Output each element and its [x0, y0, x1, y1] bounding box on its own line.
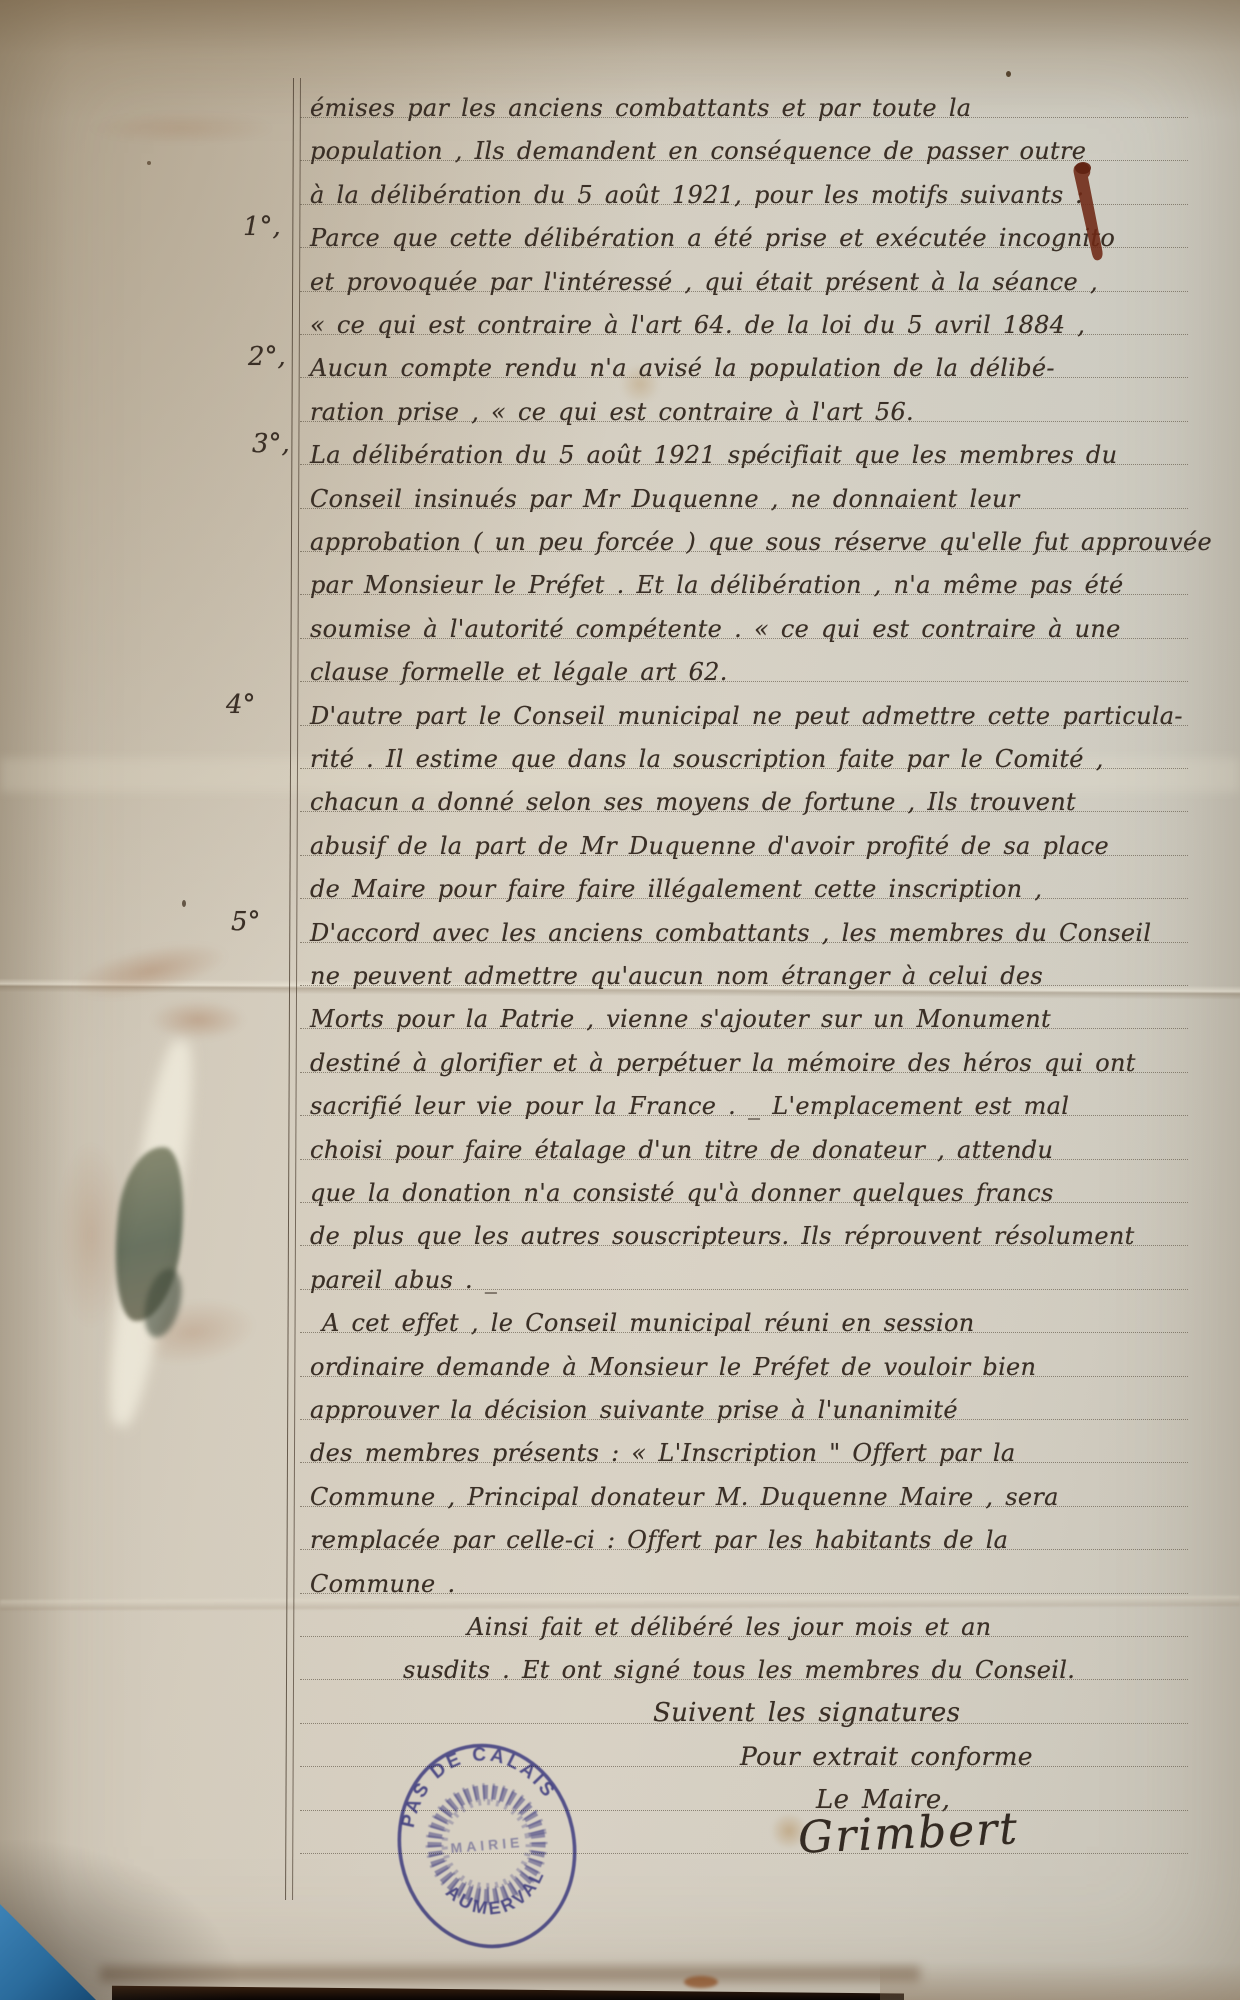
manuscript-line-text: D'accord avec les anciens combattants , …: [310, 921, 1151, 945]
ruled-line: Commune .: [300, 1550, 1188, 1593]
ruled-line: sacrifié leur vie pour la France . _ L'e…: [300, 1073, 1188, 1116]
ruled-line: D'accord avec les anciens combattants , …: [300, 899, 1188, 942]
ruled-line: émises par les anciens combattants et pa…: [300, 75, 1188, 118]
ruled-line: ne peuvent admettre qu'aucun nom étrange…: [300, 943, 1188, 986]
ruled-line: pareil abus . _: [300, 1246, 1188, 1289]
ink-bleedthrough-mark: [150, 1000, 246, 1040]
ruled-line: de plus que les autres souscripteurs. Il…: [300, 1203, 1188, 1246]
ruled-line: soumise à l'autorité compétente . « ce q…: [300, 595, 1188, 638]
manuscript-line-text: à la délibération du 5 août 1921, pour l…: [310, 183, 1084, 207]
manuscript-page: émises par les anciens combattants et pa…: [0, 0, 1240, 2000]
margin-number: 2°,: [248, 344, 286, 370]
ink-bleedthrough-mark: [67, 932, 233, 1010]
ruled-line: et provoquée par l'intéressé , qui était…: [300, 248, 1188, 291]
manuscript-line-text: de Maire pour faire faire illégalement c…: [310, 877, 1042, 901]
manuscript-line-text: Grimbert: [797, 1807, 1020, 1861]
red-ink-mark: [1060, 158, 1120, 268]
manuscript-line-text: des membres présents : « L'Inscription "…: [310, 1441, 1015, 1465]
ruled-line: Ainsi fait et délibéré les jour mois et …: [300, 1594, 1188, 1637]
manuscript-line-text: Parce que cette délibération a été prise…: [310, 226, 1115, 250]
ruled-line: approuver la décision suivante prise à l…: [300, 1377, 1188, 1420]
ruled-line: chacun a donné selon ses moyens de fortu…: [300, 769, 1188, 812]
ruled-line: approbation ( un peu forcée ) que sous r…: [300, 509, 1188, 552]
ruled-line: des membres présents : « L'Inscription "…: [300, 1420, 1188, 1463]
ruled-line: « ce qui est contraire à l'art 64. de la…: [300, 292, 1188, 335]
paper-bottom-shading: [880, 1962, 1240, 2000]
manuscript-line-text: rité . Il estime que dans la souscriptio…: [310, 747, 1104, 771]
margin-number: 4°: [226, 692, 256, 718]
svg-text:PAS DE CALAIS: PAS DE CALAIS: [396, 1740, 562, 1834]
manuscript-line-text: La délibération du 5 août 1921 spécifiai…: [310, 443, 1117, 467]
manuscript-line-text: clause formelle et légale art 62.: [310, 660, 728, 684]
manuscript-line-text: abusif de la part de Mr Duquenne d'avoir…: [310, 834, 1109, 858]
ruled-line: Morts pour la Patrie , vienne s'ajouter …: [300, 986, 1188, 1029]
manuscript-line-text: et provoquée par l'intéressé , qui était…: [310, 270, 1098, 294]
manuscript-line-text: par Monsieur le Préfet . Et la délibérat…: [310, 573, 1124, 597]
manuscript-line-text: Ainsi fait et délibéré les jour mois et …: [467, 1615, 991, 1639]
margin-number: 3°,: [252, 431, 290, 457]
manuscript-line-text: choisi pour faire étalage d'un titre de …: [310, 1138, 1053, 1162]
manuscript-line-text: Aucun compte rendu n'a avisé la populati…: [310, 356, 1055, 380]
rust-stain: [684, 1976, 718, 1988]
ruled-line: abusif de la part de Mr Duquenne d'avoir…: [300, 812, 1188, 855]
manuscript-line-text: Pour extrait conforme: [740, 1744, 1033, 1769]
ruled-line: remplacée par celle-ci : Offert par les …: [300, 1507, 1188, 1550]
ruled-line: par Monsieur le Préfet . Et la délibérat…: [300, 552, 1188, 595]
manuscript-line-text: pareil abus . _: [310, 1268, 497, 1292]
ink-speck: [147, 161, 151, 165]
ruled-line: Commune , Principal donateur M. Duquenne…: [300, 1463, 1188, 1506]
paper-left-shading: [0, 0, 70, 2000]
manuscript-line-text: Commune , Principal donateur M. Duquenne…: [310, 1485, 1059, 1509]
ruled-line: rité . Il estime que dans la souscriptio…: [300, 726, 1188, 769]
ruled-line: de Maire pour faire faire illégalement c…: [300, 856, 1188, 899]
mairie-stamp: PAS DE CALAIS AUMERVAL MAIRIE: [396, 1740, 578, 1952]
manuscript-line-text: A cet effet , le Conseil municipal réuni…: [322, 1311, 975, 1335]
manuscript-line-text: population , Ils demandent en conséquenc…: [310, 139, 1086, 163]
ruled-line: population , Ils demandent en conséquenc…: [300, 118, 1188, 161]
manuscript-line-text: soumise à l'autorité compétente . « ce q…: [310, 617, 1121, 641]
manuscript-line-text: émises par les anciens combattants et pa…: [310, 96, 971, 120]
manuscript-line-text: approbation ( un peu forcée ) que sous r…: [310, 530, 1212, 554]
manuscript-line-text: Conseil insinués par Mr Duquenne , ne do…: [310, 487, 1019, 511]
ruled-line: Aucun compte rendu n'a avisé la populati…: [300, 335, 1188, 378]
ruled-line: destiné à glorifier et à perpétuer la mé…: [300, 1029, 1188, 1072]
ruled-line: ration prise , « ce qui est contraire à …: [300, 378, 1188, 421]
ruled-line: clause formelle et légale art 62.: [300, 639, 1188, 682]
manuscript-line-text: chacun a donné selon ses moyens de fortu…: [310, 790, 1076, 814]
ruled-line: D'autre part le Conseil municipal ne peu…: [300, 682, 1188, 725]
manuscript-line-text: « ce qui est contraire à l'art 64. de la…: [310, 313, 1085, 337]
ruled-line: La délibération du 5 août 1921 spécifiai…: [300, 422, 1188, 465]
manuscript-line-text: susdits . Et ont signé tous les membres …: [403, 1658, 1075, 1682]
stamp-center-text: MAIRIE: [450, 1834, 524, 1856]
manuscript-line-text: ne peuvent admettre qu'aucun nom étrange…: [310, 964, 1043, 988]
ruled-line: que la donation n'a consisté qu'à donner…: [300, 1160, 1188, 1203]
margin-number: 1°,: [243, 214, 281, 240]
ruled-line: ordinaire demande à Monsieur le Préfet d…: [300, 1333, 1188, 1376]
ruled-line: A cet effet , le Conseil municipal réuni…: [300, 1290, 1188, 1333]
ruled-line: Conseil insinués par Mr Duquenne , ne do…: [300, 465, 1188, 508]
ruled-line: Parce que cette délibération a été prise…: [300, 205, 1188, 248]
ruled-line: susdits . Et ont signé tous les membres …: [300, 1637, 1188, 1680]
manuscript-line-text: ration prise , « ce qui est contraire à …: [310, 400, 914, 424]
stamp-top-text: PAS DE CALAIS: [396, 1740, 562, 1834]
manuscript-line-text: que la donation n'a consisté qu'à donner…: [310, 1181, 1054, 1205]
manuscript-line-text: Commune .: [310, 1572, 455, 1596]
manuscript-line-text: approuver la décision suivante prise à l…: [310, 1398, 958, 1422]
manuscript-line-text: destiné à glorifier et à perpétuer la mé…: [310, 1051, 1136, 1075]
margin-number: 5°: [231, 909, 261, 935]
manuscript-line-text: D'autre part le Conseil municipal ne peu…: [310, 704, 1183, 728]
ink-speck: [182, 900, 186, 907]
ruled-line: choisi pour faire étalage d'un titre de …: [300, 1116, 1188, 1159]
manuscript-line-text: remplacée par celle-ci : Offert par les …: [310, 1528, 1008, 1552]
ink-bleedthrough-mark: [86, 112, 276, 144]
manuscript-line-text: ordinaire demande à Monsieur le Préfet d…: [310, 1355, 1036, 1379]
manuscript-line-text: Morts pour la Patrie , vienne s'ajouter …: [310, 1007, 1051, 1031]
ruled-line: à la délibération du 5 août 1921, pour l…: [300, 161, 1188, 204]
manuscript-line-text: sacrifié leur vie pour la France . _ L'e…: [310, 1094, 1069, 1118]
manuscript-line-text: de plus que les autres souscripteurs. Il…: [310, 1224, 1135, 1248]
manuscript-line-text: Suivent les signatures: [653, 1700, 960, 1726]
ruled-line: Suivent les signatures: [300, 1680, 1188, 1723]
